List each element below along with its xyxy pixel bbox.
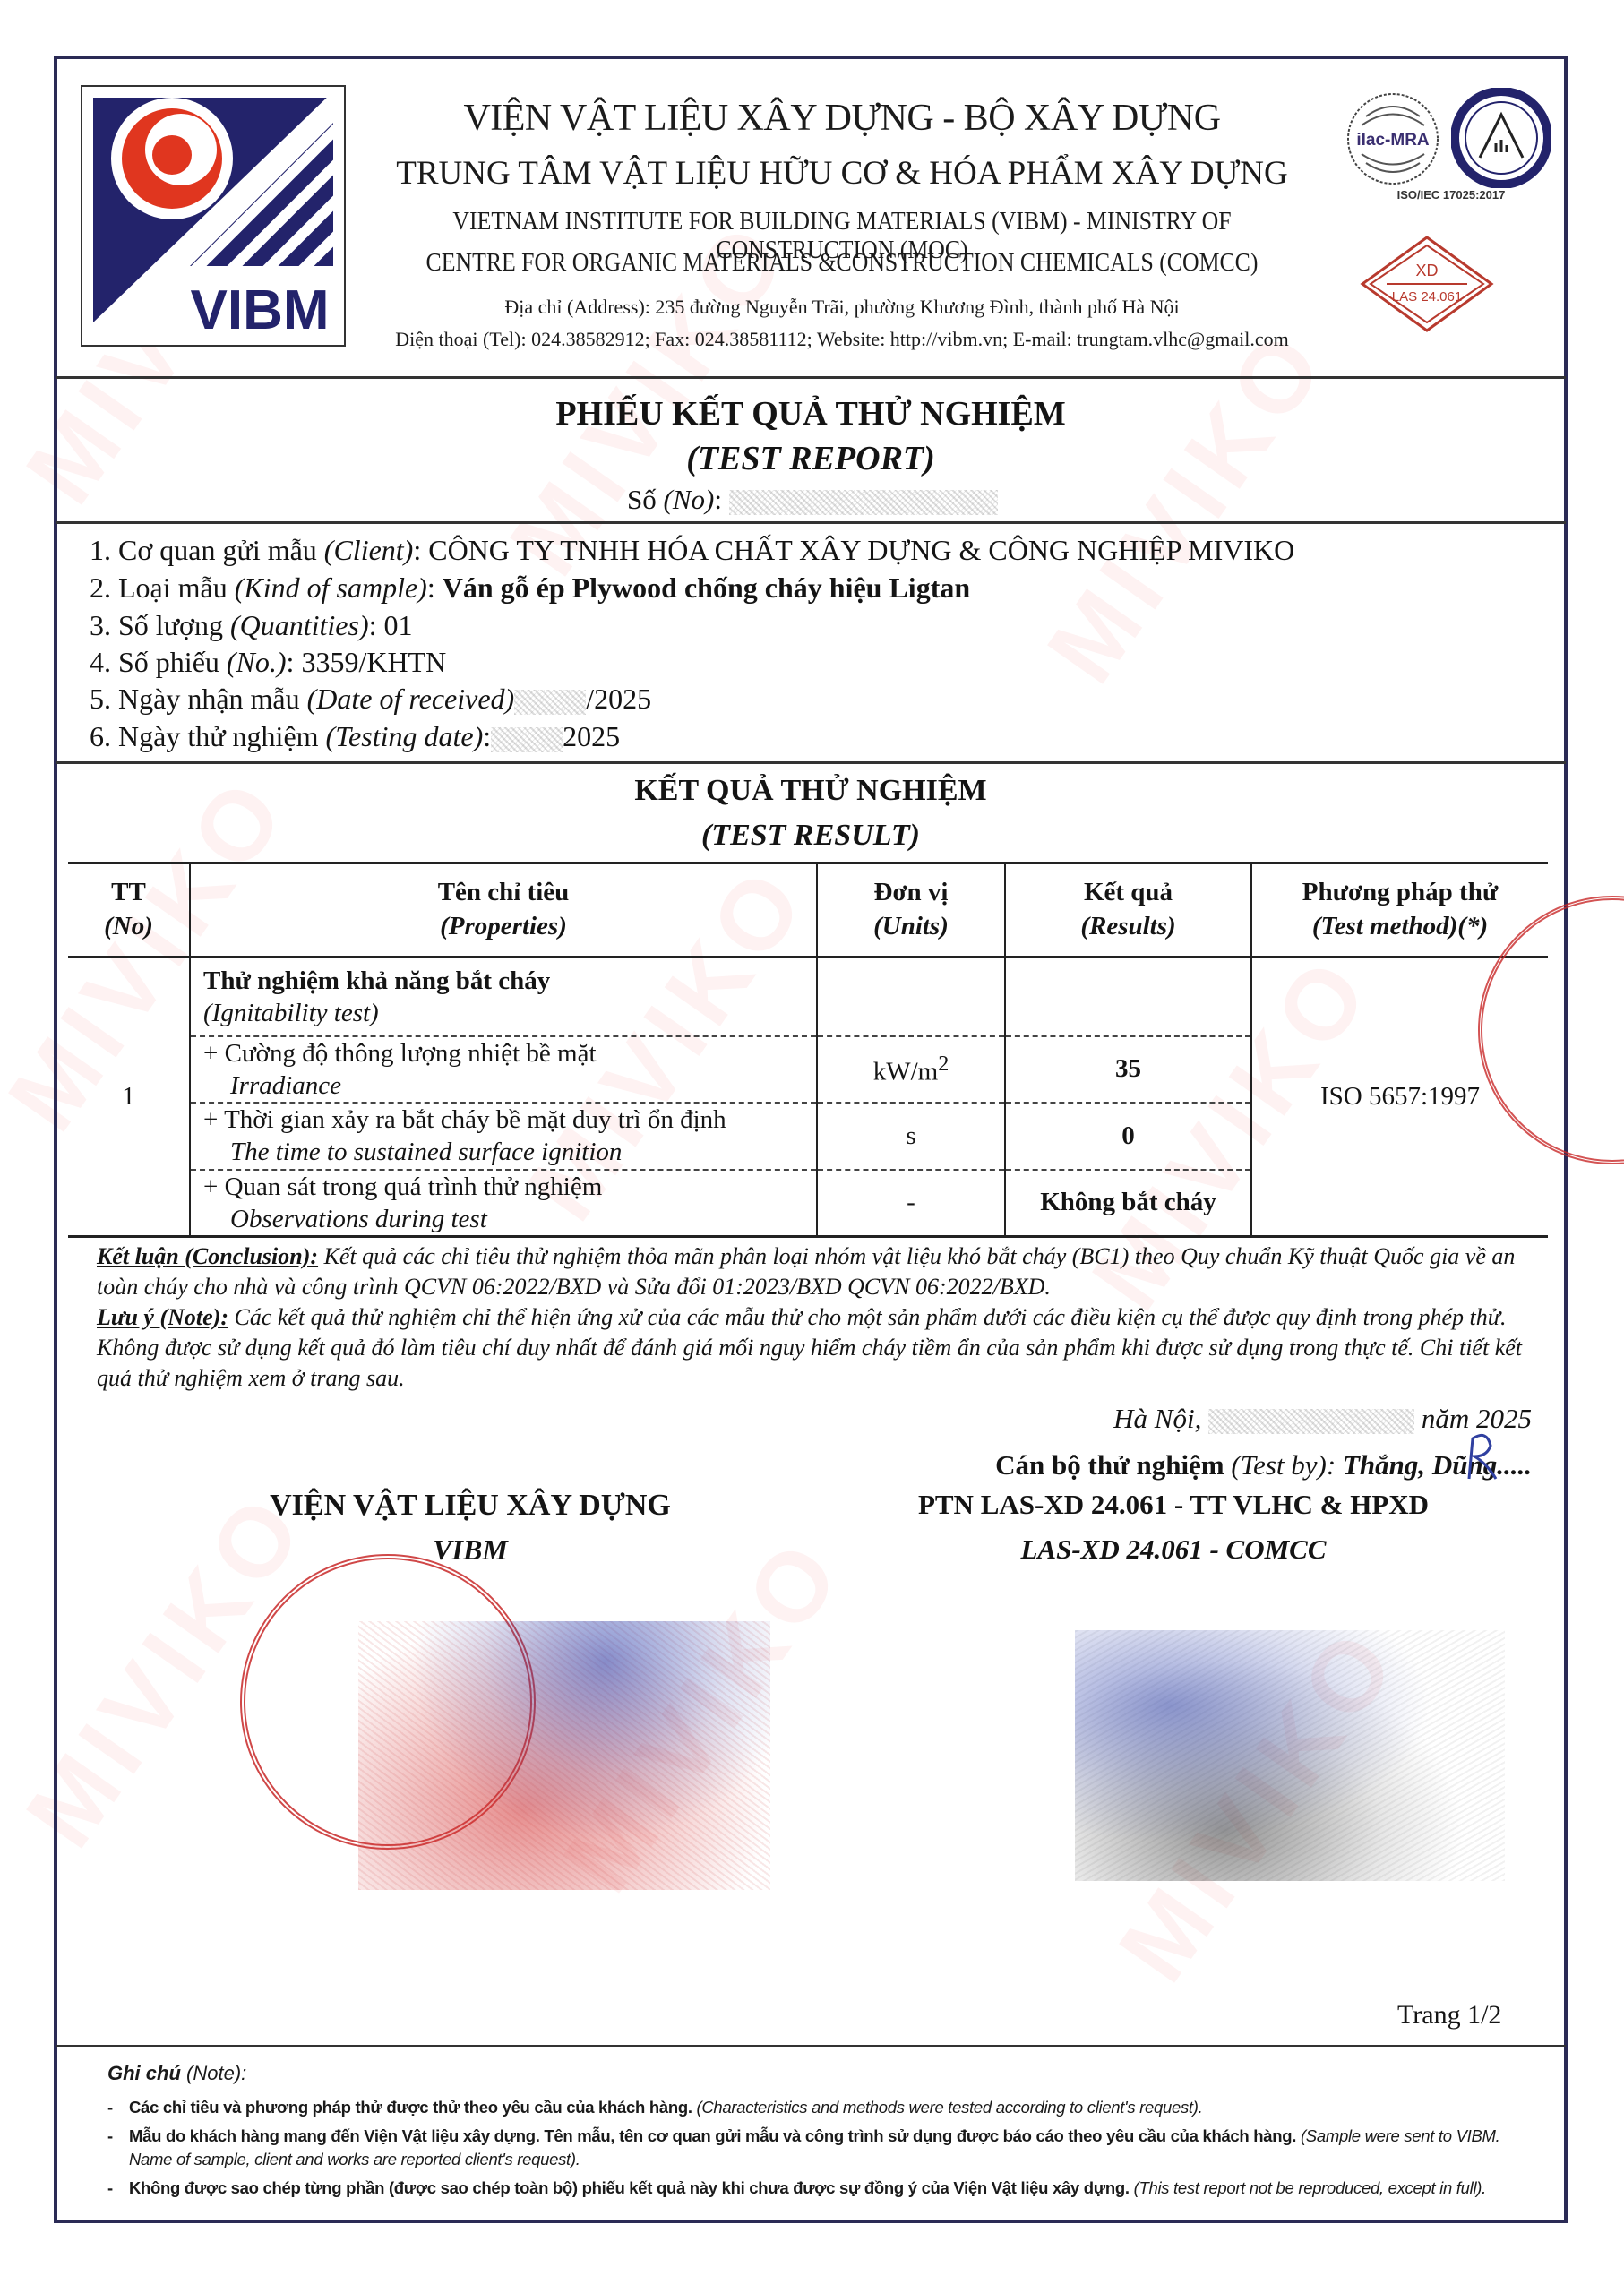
info-testing-date: 6. Ngày thử nghiệm (Testing date):2025 xyxy=(90,722,620,752)
note: Lưu ý (Note): Các kết quả thử nghiệm chỉ… xyxy=(97,1302,1530,1394)
redacted-report-number xyxy=(729,490,998,515)
redacted-signature xyxy=(358,1621,770,1890)
property-irradiance: + Cường độ thông lượng nhiệt bề mặtIrrad… xyxy=(190,1036,817,1104)
col-header-results: Kết quả(Results) xyxy=(1005,863,1251,958)
footer-divider xyxy=(56,2045,1566,2047)
ilac-mra-icon: ilac-MRA xyxy=(1344,90,1442,193)
las-xd-badge-icon: XD LAS 24.061 xyxy=(1360,235,1494,338)
col-header-units: Đơn vị(Units) xyxy=(817,863,1005,958)
page-number: Trang 1/2 xyxy=(1397,2000,1501,2031)
results-title-en: (TEST RESULT) xyxy=(54,819,1568,853)
vibm-logo-icon: VIBM xyxy=(82,87,344,345)
group-title: Thử nghiệm khả năng bắt cháy(Ignitabilit… xyxy=(190,958,817,1036)
results-title: KẾT QUẢ THỬ NGHIỆM xyxy=(54,774,1568,808)
report-title-en: (TEST REPORT) xyxy=(54,439,1568,478)
info-divider xyxy=(56,761,1566,764)
info-date-received: 5. Ngày nhận mẫu (Date of received)/2025 xyxy=(90,684,651,715)
col-header-no: TT(No) xyxy=(68,863,190,958)
conclusion-label: Kết luận (Conclusion): xyxy=(97,1243,318,1269)
footer-note-item: Mẫu do khách hàng mang đến Viện Vật liệu… xyxy=(107,2125,1526,2171)
signing-organization-abbr: VIBM xyxy=(179,1533,761,1567)
report-number-label: Số xyxy=(627,484,657,515)
svg-text:XD: XD xyxy=(1415,262,1438,279)
row-number: 1 xyxy=(68,958,190,1237)
quantities-value: 01 xyxy=(383,609,412,641)
result-observations: Không bắt cháy xyxy=(1005,1170,1251,1237)
report-no-value: 3359/KHTN xyxy=(301,646,446,678)
table-row: 1 Thử nghiệm khả năng bắt cháy(Ignitabil… xyxy=(68,958,1548,1036)
unit-irradiance: kW/m2 xyxy=(817,1036,1005,1104)
note-label: Lưu ý (Note): xyxy=(97,1304,228,1330)
lab-code: LAS-XD 24.061 - COMCC xyxy=(851,1533,1496,1566)
report-number-label-en: (No) xyxy=(664,484,715,515)
address: Địa chỉ (Address): 235 đường Nguyễn Trãi… xyxy=(358,296,1326,319)
initials-signature-icon xyxy=(1460,1430,1505,1488)
info-client: 1. Cơ quan gửi mẫu (Client): CÔNG TY TNH… xyxy=(90,536,1294,564)
note-text: Các kết quả thử nghiệm chỉ thể hiện ứng … xyxy=(97,1304,1522,1391)
table-header-row: TT(No) Tên chỉ tiêu(Properties) Đơn vị(U… xyxy=(68,863,1548,958)
title-divider xyxy=(56,521,1566,524)
svg-text:LAS 24.061: LAS 24.061 xyxy=(1392,289,1462,305)
client-value: CÔNG TY TNHH HÓA CHẤT XÂY DỰNG & CÔNG NG… xyxy=(428,534,1294,566)
footer-notes-title: Ghi chú (Note): xyxy=(107,2062,1505,2085)
centre-name-vi: TRUNG TÂM VẬT LIỆU HỮU CƠ & HÓA PHẨM XÂY… xyxy=(358,154,1326,193)
info-quantities: 3. Số lượng (Quantities): 01 xyxy=(90,611,412,640)
signature-date: Hà Nội, năm 2025 xyxy=(985,1403,1532,1435)
footer-note-item: Không được sao chép từng phần (được sao … xyxy=(107,2177,1526,2200)
sample-kind-value: Ván gỗ ép Plywood chống cháy hiệu Ligtan xyxy=(443,571,970,604)
results-table: TT(No) Tên chỉ tiêu(Properties) Đơn vị(U… xyxy=(68,862,1548,1238)
property-ignition-time: + Thời gian xảy ra bắt cháy bề mặt duy t… xyxy=(190,1103,817,1170)
conclusion: Kết luận (Conclusion): Kết quả các chỉ t… xyxy=(97,1241,1530,1302)
centre-name-en: CENTRE FOR ORGANIC MATERIALS &CONSTRUCTI… xyxy=(397,249,1287,278)
testing-date-value: 2025 xyxy=(563,720,620,752)
institute-name-vi: VIỆN VẬT LIỆU XÂY DỰNG - BỘ XÂY DỰNG xyxy=(358,97,1326,140)
col-header-method: Phương pháp thử(Test method)(*) xyxy=(1251,863,1548,958)
report-number: Số (No): xyxy=(627,484,998,516)
redacted-signature xyxy=(1075,1630,1505,1881)
redacted-date xyxy=(491,727,563,752)
boa-vietnam-icon xyxy=(1451,88,1551,193)
svg-text:VIBM: VIBM xyxy=(191,279,330,341)
iso-17025-label: ISO/IEC 17025:2017 xyxy=(1348,188,1554,202)
signing-organization: VIỆN VẬT LIỆU XÂY DỰNG xyxy=(179,1489,761,1523)
col-header-properties: Tên chỉ tiêu(Properties) xyxy=(190,863,817,958)
footer-note-item: Các chỉ tiêu và phương pháp thử được thử… xyxy=(107,2096,1526,2119)
contact-info: Điện thoại (Tel): 024.38582912; Fax: 024… xyxy=(358,328,1326,351)
property-observations: + Quan sát trong quá trình thử nghiệmObs… xyxy=(190,1170,817,1237)
lab-name: PTN LAS-XD 24.061 - TT VLHC & HPXD xyxy=(851,1489,1496,1521)
test-by: Cán bộ thử nghiệm (Test by): Thắng, Dũng… xyxy=(806,1449,1532,1481)
result-irradiance: 35 xyxy=(1005,1036,1251,1104)
redacted-date xyxy=(514,690,586,715)
unit-ignition-time: s xyxy=(817,1103,1005,1170)
redacted-date xyxy=(1208,1409,1414,1434)
svg-text:ilac-MRA: ilac-MRA xyxy=(1356,131,1430,150)
info-sample-kind: 2. Loại mẫu (Kind of sample): Ván gỗ ép … xyxy=(90,573,970,602)
report-title: PHIẾU KẾT QUẢ THỬ NGHIỆM xyxy=(54,394,1568,434)
date-received-value: /2025 xyxy=(586,683,651,715)
header-divider xyxy=(56,376,1566,379)
vibm-logo: VIBM xyxy=(81,85,346,347)
unit-observations: - xyxy=(817,1170,1005,1237)
info-report-no: 4. Số phiếu (No.): 3359/KHTN xyxy=(90,648,446,676)
result-ignition-time: 0 xyxy=(1005,1103,1251,1170)
